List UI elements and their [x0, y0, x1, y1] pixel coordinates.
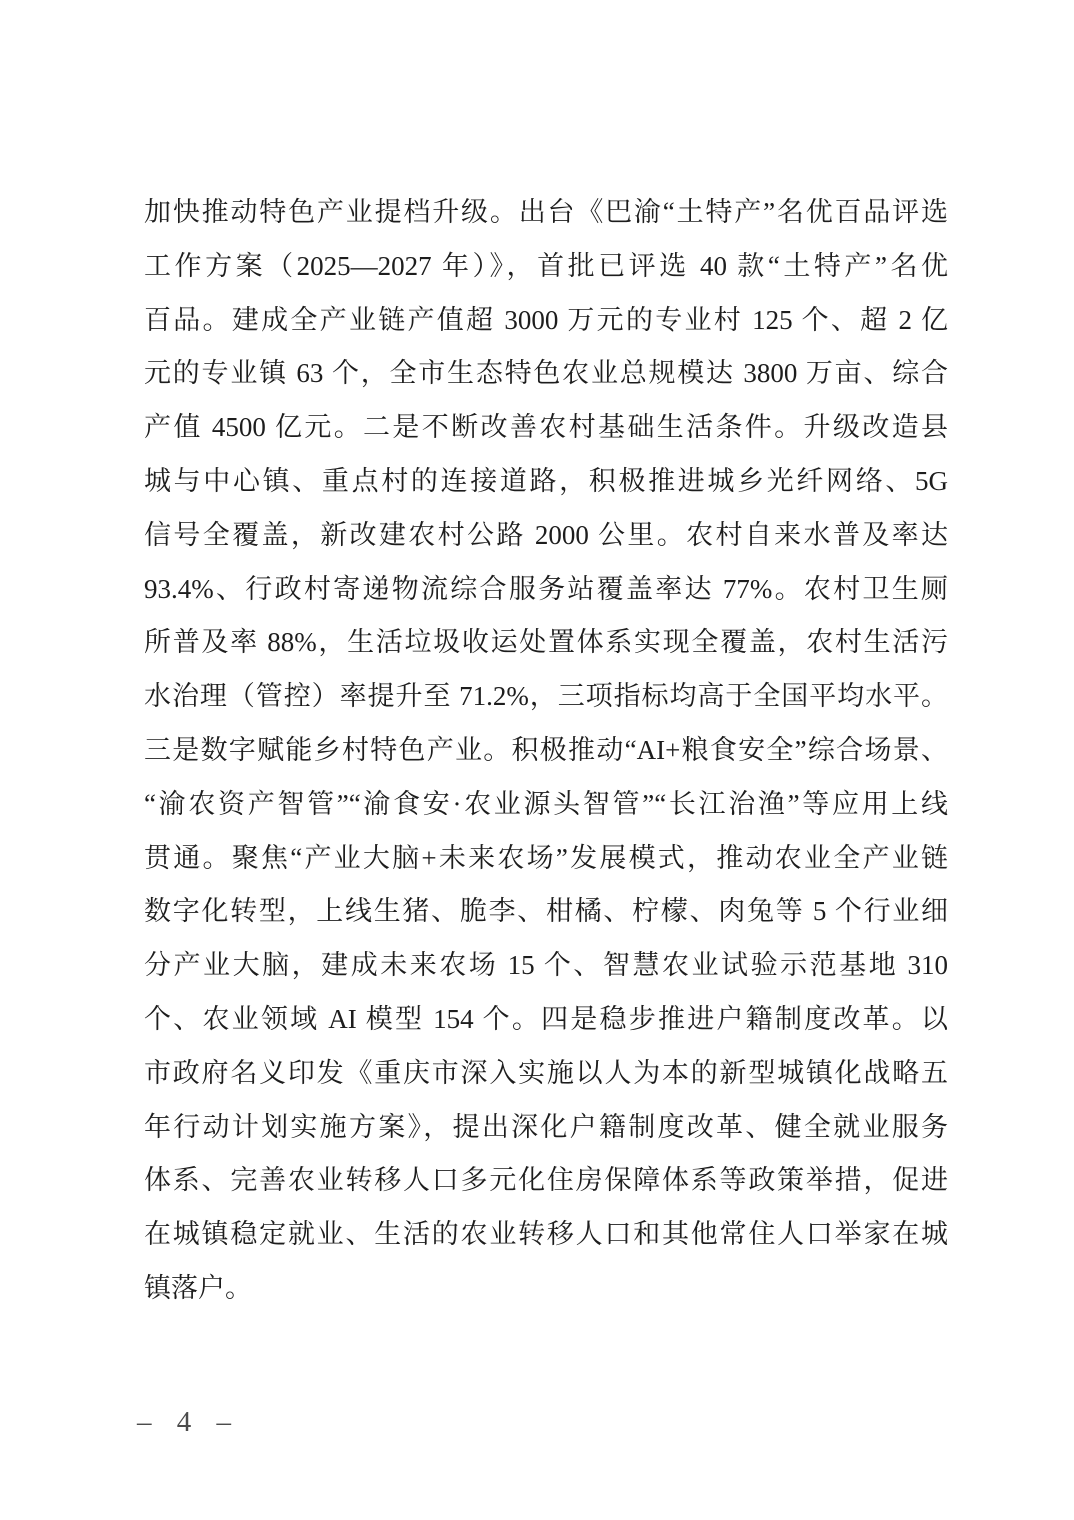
paragraph-line: 贯通。聚焦“产业大脑+未来农场”发展模式，推动农业全产业链 — [144, 832, 948, 886]
paragraph-line: 体系、完善农业转移人口多元化住房保障体系等政策举措，促进 — [144, 1154, 948, 1208]
paragraph-line: 三是数字赋能乡村特色产业。积极推动“AI+粮食安全”综合场景、 — [144, 724, 948, 778]
paragraph-line: 工作方案（2025—2027 年）》，首批已评选 40 款“土特产”名优 — [144, 240, 948, 294]
paragraph-line: 市政府名义印发《重庆市深入实施以人为本的新型城镇化战略五 — [144, 1047, 948, 1101]
document-page: 加快推动特色产业提档升级。出台《巴渝“土特产”名优百品评选 工作方案（2025—… — [0, 0, 1074, 1520]
body-paragraph: 加快推动特色产业提档升级。出台《巴渝“土特产”名优百品评选 工作方案（2025—… — [144, 186, 948, 1316]
paragraph-line: 信号全覆盖，新改建农村公路 2000 公里。农村自来水普及率达 — [144, 509, 948, 563]
paragraph-line: 在城镇稳定就业、生活的农业转移人口和其他常住人口举家在城 — [144, 1208, 948, 1262]
paragraph-line: 镇落户。 — [144, 1262, 948, 1316]
paragraph-line: 所普及率 88%，生活垃圾收运处置体系实现全覆盖，农村生活污 — [144, 616, 948, 670]
paragraph-line: 加快推动特色产业提档升级。出台《巴渝“土特产”名优百品评选 — [144, 186, 948, 240]
paragraph-line: 水治理（管控）率提升至 71.2%，三项指标均高于全国平均水平。 — [144, 670, 948, 724]
paragraph-line: 93.4%、行政村寄递物流综合服务站覆盖率达 77%。农村卫生厕 — [144, 563, 948, 617]
paragraph-line: 城与中心镇、重点村的连接道路，积极推进城乡光纤网络、5G — [144, 455, 948, 509]
paragraph-line: 产值 4500 亿元。二是不断改善农村基础生活条件。升级改造县 — [144, 401, 948, 455]
paragraph-line: 数字化转型，上线生猪、脆李、柑橘、柠檬、肉兔等 5 个行业细 — [144, 885, 948, 939]
paragraph-line: 年行动计划实施方案》，提出深化户籍制度改革、健全就业服务 — [144, 1101, 948, 1155]
page-number: – 4 – — [137, 1402, 240, 1442]
paragraph-line: 个、农业领域 AI 模型 154 个。四是稳步推进户籍制度改革。以 — [144, 993, 948, 1047]
paragraph-line: 分产业大脑，建成未来农场 15 个、智慧农业试验示范基地 310 — [144, 939, 948, 993]
paragraph-line: 元的专业镇 63 个，全市生态特色农业总规模达 3800 万亩、综合 — [144, 347, 948, 401]
paragraph-line: 百品。建成全产业链产值超 3000 万元的专业村 125 个、超 2 亿 — [144, 294, 948, 348]
paragraph-line: “渝农资产智管”“渝食安·农业源头智管”“长江治渔”等应用上线 — [144, 778, 948, 832]
